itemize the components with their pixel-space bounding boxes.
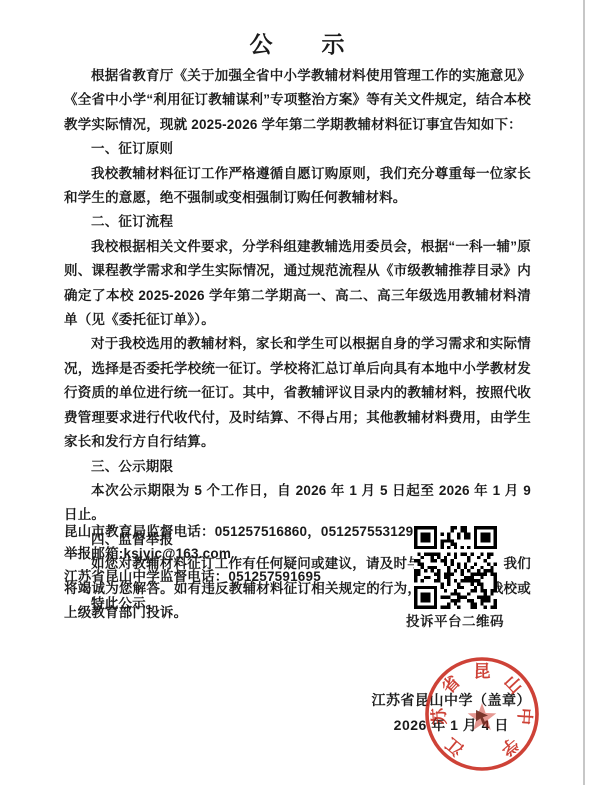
svg-text:昆: 昆: [474, 662, 491, 681]
section-heading-3: 三、公示期限: [64, 455, 531, 479]
qr-code-caption: 投诉平台二维码: [394, 610, 516, 630]
signature-date: 2026 年 1 月 4 日: [372, 713, 532, 738]
notice-document-page: 公 示 根据省教育厅《关于加强全省中小学教辅材料使用管理工作的实施意见》《全省中…: [0, 0, 595, 785]
section-paragraph: 对于我校选用的教辅材料，家长和学生可以根据自身的学习需求和实际情况，选择是否委托…: [64, 332, 531, 454]
section-heading-2: 二、征订流程: [64, 210, 531, 234]
intro-paragraph: 根据省教育厅《关于加强全省中小学教辅材料使用管理工作的实施意见》《全省中小学“利…: [64, 64, 531, 137]
svg-text:江: 江: [441, 733, 467, 759]
signature-block: 江苏省昆山中学（盖章） 2026 年 1 月 4 日: [64, 688, 531, 737]
signature-org: 江苏省昆山中学（盖章）: [372, 688, 532, 713]
qr-code-icon: [414, 526, 497, 609]
scan-page-edge: [583, 0, 585, 785]
page-title: 公 示: [64, 31, 531, 57]
section-heading-1: 一、征订原则: [64, 137, 531, 161]
svg-text:学: 学: [497, 734, 523, 760]
section-paragraph: 我校教辅材料征订工作严格遵循自愿订购原则，我们充分尊重每一位家长和学生的意愿，绝…: [64, 162, 531, 211]
complaint-qr-code: [414, 526, 497, 609]
section-paragraph: 我校根据相关文件要求，分学科组建教辅选用委员会，根据“一科一辅”原则、课程教学需…: [64, 235, 531, 333]
